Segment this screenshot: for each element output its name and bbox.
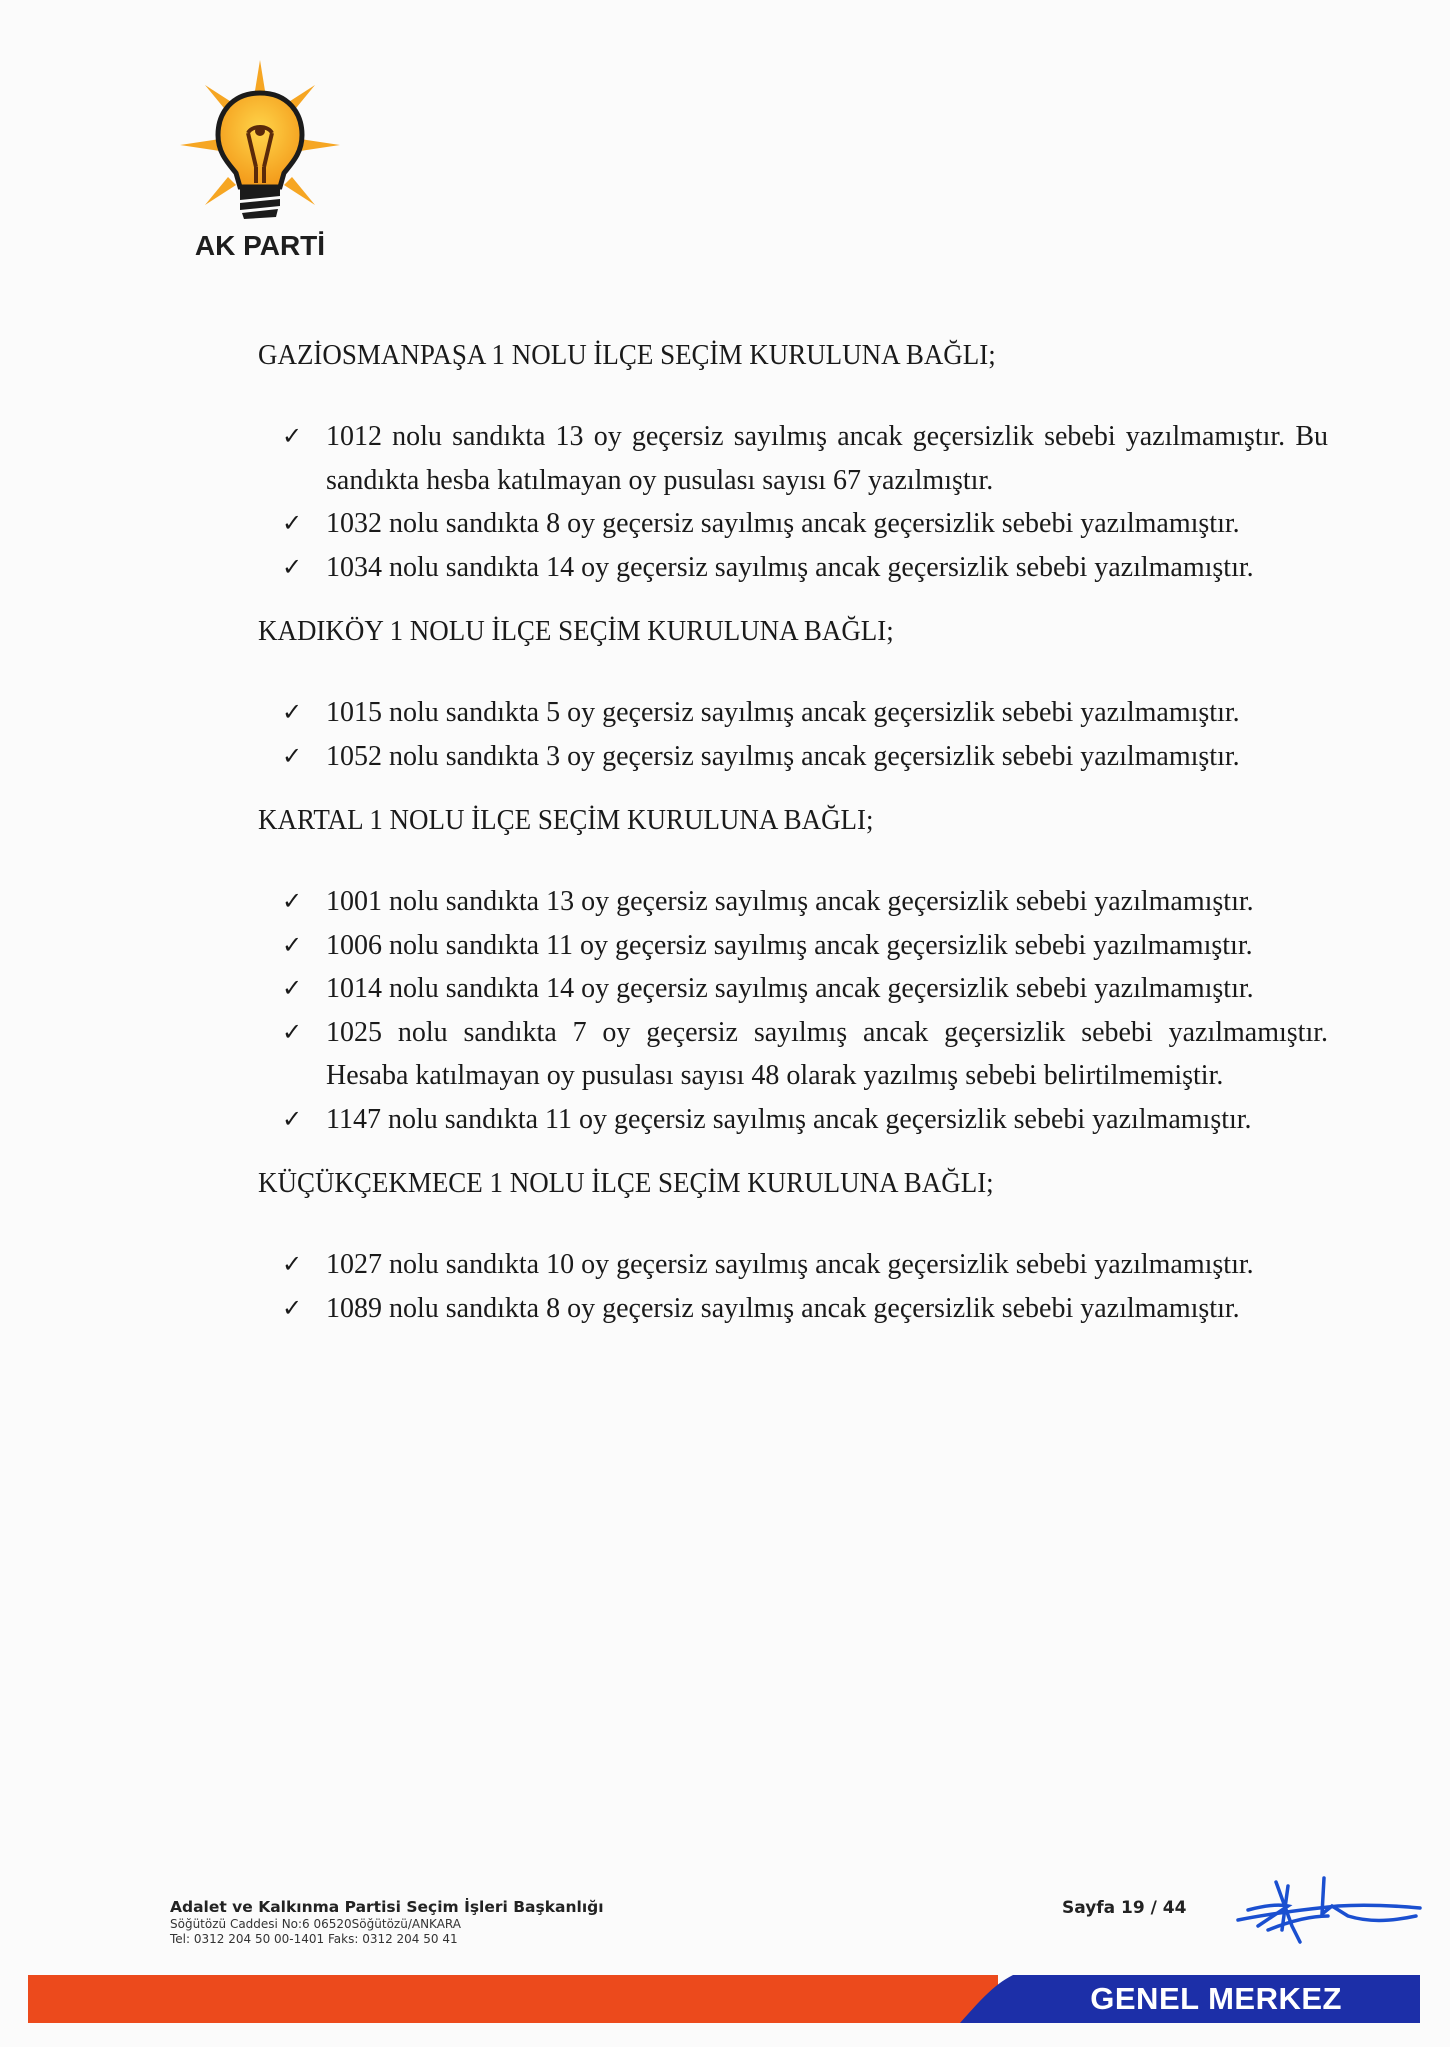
section-title: KARTAL 1 NOLU İLÇE SEÇİM KURULUNA BAĞLI; <box>258 798 1253 842</box>
party-logo: AK PARTİ <box>170 55 360 270</box>
band-label: GENEL MERKEZ <box>1090 1981 1342 2017</box>
list-item: ✓1147 nolu sandıkta 11 oy geçersiz sayıl… <box>258 1098 1328 1142</box>
item-text: 1001 nolu sandıkta 13 oy geçersiz sayılm… <box>326 880 1328 924</box>
item-text: 1034 nolu sandıkta 14 oy geçersiz sayılm… <box>326 546 1328 590</box>
list-item: ✓1014 nolu sandıkta 14 oy geçersiz sayıl… <box>258 967 1328 1011</box>
org-name: Adalet ve Kalkınma Partisi Seçim İşleri … <box>170 1897 604 1917</box>
ballot-box-list: ✓1015 nolu sandıkta 5 oy geçersiz sayılm… <box>258 691 1328 778</box>
item-text: 1015 nolu sandıkta 5 oy geçersiz sayılmı… <box>326 691 1328 735</box>
list-item: ✓1027 nolu sandıkta 10 oy geçersiz sayıl… <box>258 1243 1328 1287</box>
list-item: ✓1015 nolu sandıkta 5 oy geçersiz sayılm… <box>258 691 1328 735</box>
checkmark-icon: ✓ <box>282 967 302 1011</box>
checkmark-icon: ✓ <box>282 735 302 779</box>
list-item: ✓1052 nolu sandıkta 3 oy geçersiz sayılm… <box>258 735 1328 779</box>
footer-organization: Adalet ve Kalkınma Partisi Seçim İşleri … <box>170 1897 604 1947</box>
list-item: ✓1089 nolu sandıkta 8 oy geçersiz sayılm… <box>258 1287 1328 1331</box>
org-address: Söğütözü Caddesi No:6 06520Söğütözü/ANKA… <box>170 1917 604 1932</box>
page-number: Sayfa 19 / 44 <box>1062 1898 1186 1918</box>
list-item: ✓1034 nolu sandıkta 14 oy geçersiz sayıl… <box>258 546 1328 590</box>
footer-band: GENEL MERKEZ <box>28 1975 1420 2023</box>
light-bulb-icon <box>170 55 350 225</box>
checkmark-icon: ✓ <box>282 691 302 735</box>
item-text: 1006 nolu sandıkta 11 oy geçersiz sayılm… <box>326 924 1328 968</box>
item-text: 1012 nolu sandıkta 13 oy geçersiz sayılm… <box>326 415 1328 502</box>
item-text: 1052 nolu sandıkta 3 oy geçersiz sayılmı… <box>326 735 1328 779</box>
checkmark-icon: ✓ <box>282 502 302 546</box>
checkmark-icon: ✓ <box>282 924 302 968</box>
ballot-box-list: ✓1001 nolu sandıkta 13 oy geçersiz sayıl… <box>258 880 1328 1141</box>
checkmark-icon: ✓ <box>282 1287 302 1331</box>
section-title: KÜÇÜKÇEKMECE 1 NOLU İLÇE SEÇİM KURULUNA … <box>258 1161 1253 1205</box>
list-item: ✓1025 nolu sandıkta 7 oy geçersiz sayılm… <box>258 1011 1328 1098</box>
signature-icon <box>1228 1870 1428 1950</box>
ballot-box-list: ✓1027 nolu sandıkta 10 oy geçersiz sayıl… <box>258 1243 1328 1330</box>
item-text: 1032 nolu sandıkta 8 oy geçersiz sayılmı… <box>326 502 1328 546</box>
checkmark-icon: ✓ <box>282 1011 302 1055</box>
org-phone: Tel: 0312 204 50 00-1401 Faks: 0312 204 … <box>170 1932 604 1947</box>
list-item: ✓1006 nolu sandıkta 11 oy geçersiz sayıl… <box>258 924 1328 968</box>
item-text: 1089 nolu sandıkta 8 oy geçersiz sayılmı… <box>326 1287 1328 1331</box>
item-text: 1147 nolu sandıkta 11 oy geçersiz sayılm… <box>326 1098 1328 1142</box>
section-title: GAZİOSMANPAŞA 1 NOLU İLÇE SEÇİM KURULUNA… <box>258 333 1253 377</box>
ballot-box-list: ✓1012 nolu sandıkta 13 oy geçersiz sayıl… <box>258 415 1328 589</box>
checkmark-icon: ✓ <box>282 546 302 590</box>
signature <box>1228 1870 1428 1950</box>
document-body: GAZİOSMANPAŞA 1 NOLU İLÇE SEÇİM KURULUNA… <box>258 333 1328 1350</box>
list-item: ✓1032 nolu sandıkta 8 oy geçersiz sayılm… <box>258 502 1328 546</box>
checkmark-icon: ✓ <box>282 1098 302 1142</box>
section-title: KADIKÖY 1 NOLU İLÇE SEÇİM KURULUNA BAĞLI… <box>258 609 1253 653</box>
item-text: 1027 nolu sandıkta 10 oy geçersiz sayılm… <box>326 1243 1328 1287</box>
item-text: 1025 nolu sandıkta 7 oy geçersiz sayılmı… <box>326 1011 1328 1098</box>
item-text: 1014 nolu sandıkta 14 oy geçersiz sayılm… <box>326 967 1328 1011</box>
checkmark-icon: ✓ <box>282 415 302 459</box>
checkmark-icon: ✓ <box>282 880 302 924</box>
logo-text: AK PARTİ <box>170 230 350 262</box>
list-item: ✓1012 nolu sandıkta 13 oy geçersiz sayıl… <box>258 415 1328 502</box>
list-item: ✓1001 nolu sandıkta 13 oy geçersiz sayıl… <box>258 880 1328 924</box>
checkmark-icon: ✓ <box>282 1243 302 1287</box>
